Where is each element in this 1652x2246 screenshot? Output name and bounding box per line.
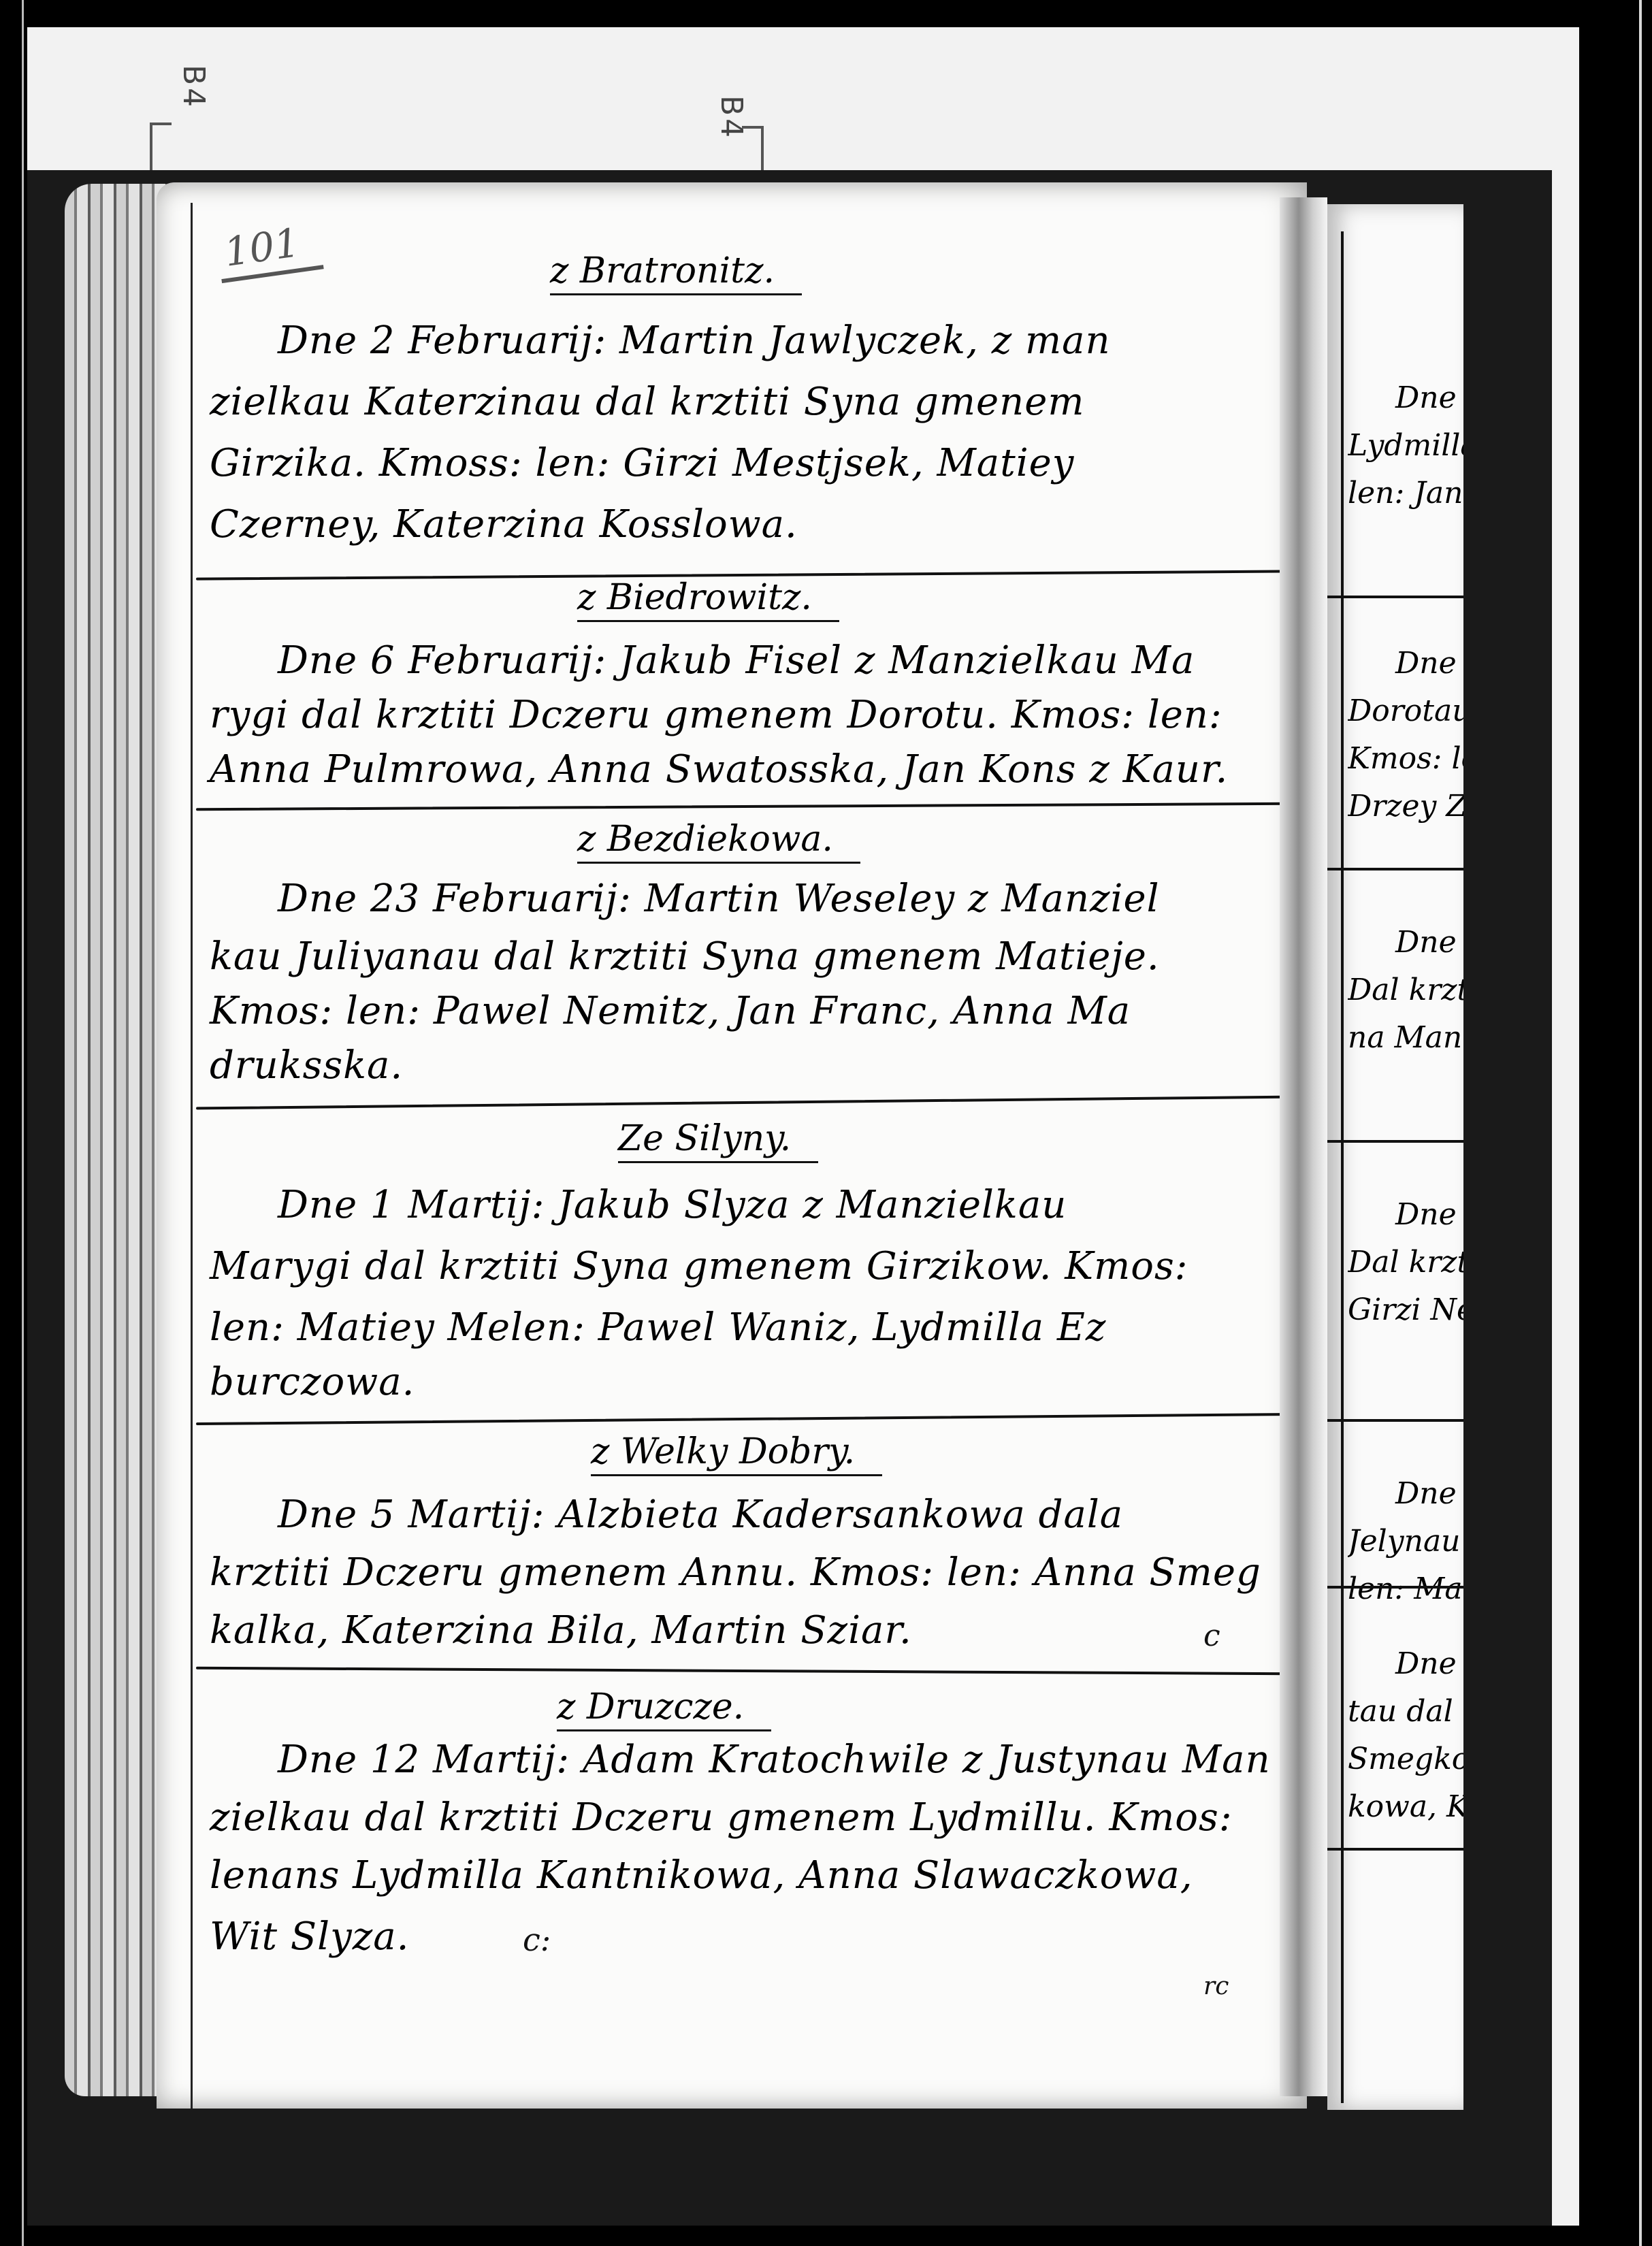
entry-line: Dne 5 Martij: Alzbieta Kadersankowa dala xyxy=(278,1493,1123,1537)
entry-line: kau Juliyanau dal krztiti Syna gmenem Ma… xyxy=(210,934,1160,979)
entry-line: Girzika. Kmoss: len: Girzi Mestjsek, Mat… xyxy=(210,441,1074,485)
facing-page-line: Drzey Zau xyxy=(1348,783,1463,830)
entry-line: Dne 6 Februarij: Jakub Fisel z Manzielka… xyxy=(278,638,1195,683)
facing-page-divider xyxy=(1327,1848,1463,1851)
entry-line: Dne 2 Februarij: Martin Jawlyczek, z man xyxy=(278,319,1111,363)
margin-rule-left xyxy=(191,203,193,2109)
entry-line: rygi dal krztiti Dczeru gmenem Dorotu. K… xyxy=(210,693,1222,737)
facing-page-line: Dne 2 xyxy=(1348,640,1463,687)
entry-line: Czerney, Katerzina Kosslowa. xyxy=(210,502,798,547)
facing-page-entry: Dne 1 tau dal krz Smegkow kowa, Kat xyxy=(1348,1640,1463,1831)
facing-page-line: Dal krztiti xyxy=(1348,966,1463,1014)
facing-page-line: na Mankow xyxy=(1348,1014,1463,1062)
entry-heading: Ze Silyny. xyxy=(618,1118,791,1159)
facing-page-divider xyxy=(1327,1419,1463,1422)
entry-heading: z Druzcze. xyxy=(557,1687,744,1727)
entry-divider xyxy=(196,1667,1292,1675)
entry-line: krztiti Dczeru gmenem Annu. Kmos: len: A… xyxy=(210,1550,1261,1595)
entry-line: Dne 23 Februarij: Martin Weseley z Manzi… xyxy=(278,877,1160,921)
facing-page-line: Dne 9 xyxy=(1348,1470,1463,1518)
baptism-entry: z Welky Dobry. Dne 5 Martij: Alzbieta Ka… xyxy=(196,1431,1278,1690)
frame-label-top-left: B4 xyxy=(176,65,211,110)
facing-page-line: Dal krztiti xyxy=(1348,1239,1463,1286)
facing-page-entry: Dne 2 Dorotau Kmos: len: Drzey Zau xyxy=(1348,640,1463,830)
entry-heading: z Bezdiekowa. xyxy=(577,819,833,860)
frame-bracket xyxy=(150,123,172,173)
entry-line: Marygi dal krztiti Syna gmenem Girzikow.… xyxy=(210,1244,1188,1288)
microfilm-border-right xyxy=(1579,0,1652,2246)
entry-line: Kmos: len: Pawel Nemitz, Jan Franc, Anna… xyxy=(210,989,1131,1033)
facing-page-line: len: Jan xyxy=(1348,470,1463,517)
facing-page-divider xyxy=(1327,1140,1463,1143)
facing-page-entry: Dne 9 Jelynau len: Martin xyxy=(1348,1470,1463,1613)
facing-page-entry: Dne 15 Lydmillau len: Jan xyxy=(1348,374,1463,517)
microfilm-border-bottom xyxy=(0,2226,1652,2246)
entry-line: zielkau Katerzinau dal krztiti Syna gmen… xyxy=(210,380,1084,424)
baptism-entry: z Bezdiekowa. Dne 23 Februarij: Martin W… xyxy=(196,819,1278,1091)
entry-heading: z Bratronitz. xyxy=(550,250,775,291)
facing-page-line: Jelynau xyxy=(1348,1518,1463,1565)
microfilm-border-top xyxy=(0,0,1652,27)
entry-line: Anna Pulmrowa, Anna Swatosska, Jan Kons … xyxy=(210,747,1228,792)
facing-page-entry: Dne 29 Dal krztiti na Mankow xyxy=(1348,919,1463,1062)
facing-page-line: len: Martin xyxy=(1348,1565,1463,1613)
facing-page-divider xyxy=(1327,596,1463,598)
facing-page-line: Girzi Nedel xyxy=(1348,1286,1463,1334)
facing-page-line: Dne 1 xyxy=(1348,1640,1463,1688)
marginal-mark: c xyxy=(1203,1618,1220,1653)
facing-page-line: Dorotau xyxy=(1348,687,1463,735)
facing-page-line: tau dal krz xyxy=(1348,1688,1463,1736)
entry-line: kalka, Katerzina Bila, Martin Sziar. xyxy=(210,1608,912,1653)
baptism-entry: Ze Silyny. Dne 1 Martij: Jakub Slyza z M… xyxy=(196,1118,1278,1404)
entry-line: zielkau dal krztiti Dczeru gmenem Lydmil… xyxy=(210,1795,1233,1840)
entry-line: Wit Slyza. xyxy=(210,1915,409,1959)
facing-page-line: Kmos: len: xyxy=(1348,735,1463,783)
marginal-mark: rc xyxy=(1203,1972,1229,2000)
facing-page-line: kowa, Kat xyxy=(1348,1783,1463,1831)
entry-divider xyxy=(196,1413,1292,1425)
frame-bracket xyxy=(742,126,764,176)
entry-divider xyxy=(196,1096,1292,1110)
facing-page-line: Dne 15 xyxy=(1348,374,1463,422)
entry-heading: z Welky Dobry. xyxy=(591,1431,855,1472)
entry-line: Dne 12 Martij: Adam Kratochwile z Justyn… xyxy=(278,1738,1271,1782)
facing-page-margin-rule xyxy=(1341,231,1344,2103)
facing-page-divider xyxy=(1327,868,1463,870)
entry-line: lenans Lydmilla Kantnikowa, Anna Slawacz… xyxy=(210,1853,1193,1898)
entry-heading: z Biedrowitz. xyxy=(577,577,812,618)
entry-divider xyxy=(196,802,1292,811)
facing-page: Dne 15 Lydmillau len: Jan Dne 2 Dorotau … xyxy=(1327,204,1463,2110)
entry-line: druksska. xyxy=(210,1043,403,1088)
microfilm-border-left xyxy=(0,0,27,2246)
marginal-mark: c: xyxy=(523,1921,551,1958)
book-gutter xyxy=(1280,197,1327,2096)
baptism-entry: z Biedrowitz. Dne 6 Februarij: Jakub Fis… xyxy=(196,577,1278,795)
facing-page-line: Smegkow xyxy=(1348,1736,1463,1783)
entry-line: len: Matiey Melen: Pawel Waniz, Lydmilla… xyxy=(210,1305,1106,1350)
facing-page-entry: Dne 4 Apr Dal krztiti Girzi Nedel xyxy=(1348,1191,1463,1334)
facing-page-line: Lydmillau xyxy=(1348,422,1463,470)
facing-page-line: Dne 29 xyxy=(1348,919,1463,966)
register-page: 101 z Bratronitz. Dne 2 Februarij: Marti… xyxy=(157,182,1307,2109)
entry-line: Dne 1 Martij: Jakub Slyza z Manzielkau xyxy=(278,1183,1067,1227)
facing-page-line: Dne 4 Apr xyxy=(1348,1191,1463,1239)
baptism-entry: z Bratronitz. Dne 2 Februarij: Martin Ja… xyxy=(196,244,1278,564)
entry-line: burczowa. xyxy=(210,1360,415,1404)
facing-page-divider xyxy=(1327,1586,1463,1589)
baptism-entry: z Druzcze. Dne 12 Martij: Adam Kratochwi… xyxy=(196,1687,1278,1986)
